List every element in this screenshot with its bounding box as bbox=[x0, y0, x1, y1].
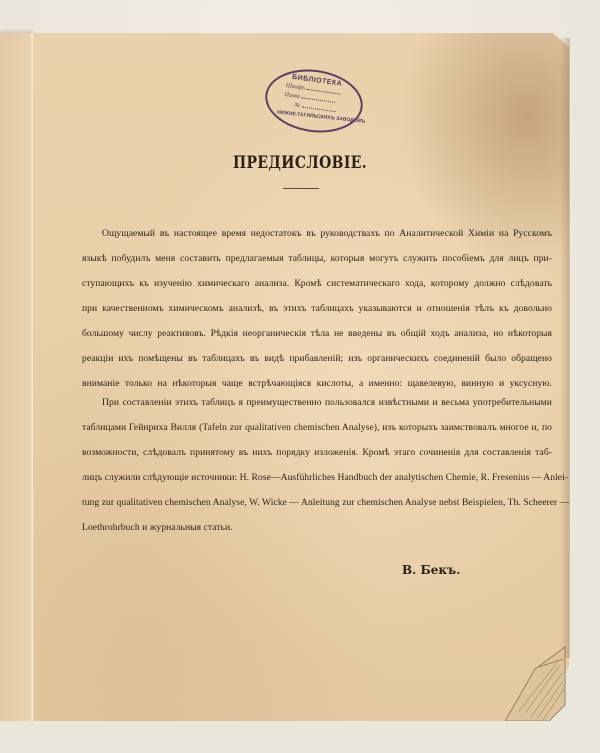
paragraph-1-line-3: ступающихъ къ изученію химическаго анали… bbox=[82, 278, 552, 289]
page-title: ПРЕДИСЛОВІЕ. bbox=[54, 153, 546, 173]
paragraph-1-line-2: языкѣ побудилъ меня составить предлагаем… bbox=[82, 253, 552, 264]
paragraph-1-line-7: вниманіе только на нѣкоторыя чаще встрѣч… bbox=[82, 378, 552, 389]
paragraph-2-line-4: лицъ служили слѣдующіе источники: H. Ros… bbox=[82, 472, 552, 483]
paragraph-1-line-5: большому числу реактивовъ. Рѣдкія неорга… bbox=[82, 328, 552, 339]
author-signature: В. Бекъ. bbox=[402, 563, 460, 577]
paragraph-2-line-6: Loethrohrbuch и журнальныя статьи. bbox=[82, 522, 552, 533]
paragraph-2-line-2: таблицами Гейнриха Вилля (Tafeln zur qua… bbox=[82, 422, 552, 433]
worn-corner-icon bbox=[505, 645, 567, 721]
facing-page-edge bbox=[0, 33, 33, 721]
paragraph-1-line-1: Ощущаемый въ настоящее время недостатокъ… bbox=[102, 228, 552, 239]
paragraph-1-line-4: при качественномъ химическомъ анализѣ, в… bbox=[82, 303, 552, 314]
paragraph-2-line-5: tung zur qualitativen chemischen Analyse… bbox=[82, 497, 552, 508]
title-divider bbox=[283, 188, 319, 189]
paragraph-2-line-1: При составленіи этихъ таблицъ я преимуще… bbox=[102, 397, 552, 408]
page-gutter bbox=[31, 33, 34, 721]
paragraph-2-line-3: возможности, слѣдовалъ принятому въ нихъ… bbox=[82, 447, 552, 458]
page-edge-shadow bbox=[560, 38, 570, 658]
paragraph-1-line-6: реакціи ихъ помѣщены въ таблицахъ въ вид… bbox=[82, 353, 552, 364]
document-page bbox=[34, 33, 569, 721]
